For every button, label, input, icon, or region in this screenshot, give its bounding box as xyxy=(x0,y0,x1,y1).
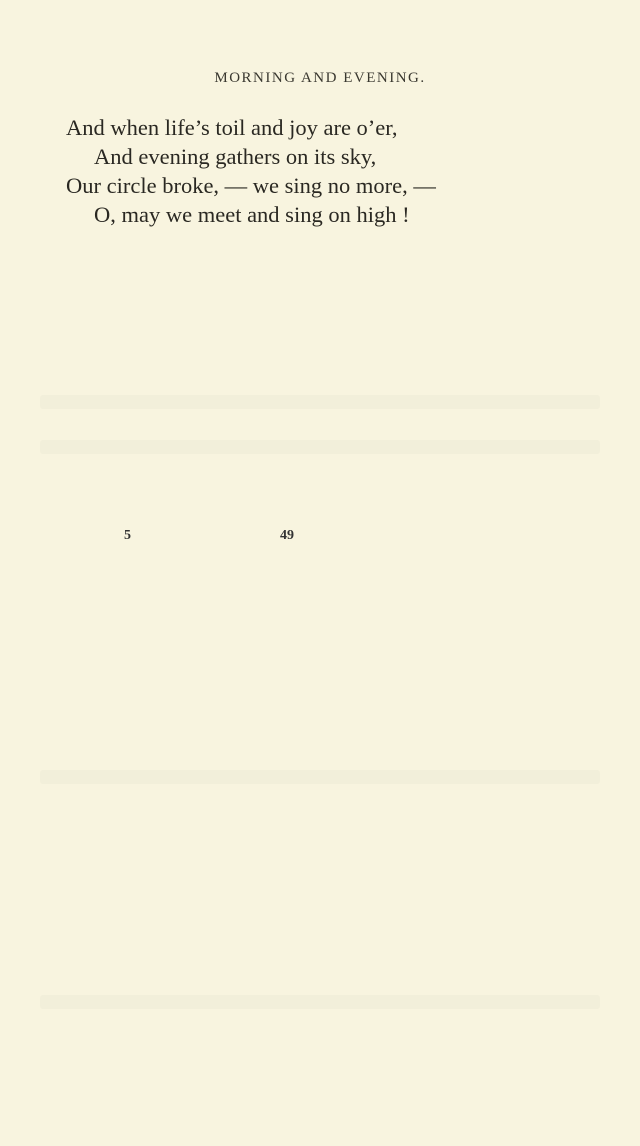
running-head: MORNING AND EVENING. xyxy=(0,70,640,87)
poem-line: O, may we meet and sing on high ! xyxy=(66,200,566,229)
book-page: MORNING AND EVENING. And when life’s toi… xyxy=(0,0,640,1146)
poem-stanza: And when life’s toil and joy are o’er, A… xyxy=(66,113,566,229)
poem-line: And when life’s toil and joy are o’er, xyxy=(66,113,566,142)
bleed-through-text xyxy=(40,995,600,1009)
signature-mark: 5 xyxy=(124,528,131,544)
bleed-through-text xyxy=(40,395,600,409)
bleed-through-text xyxy=(40,440,600,454)
bleed-through-text xyxy=(40,770,600,784)
poem-line: And evening gathers on its sky, xyxy=(66,142,566,171)
poem-line: Our circle broke, — we sing no more, — xyxy=(66,171,566,200)
page-number: 49 xyxy=(280,528,294,544)
